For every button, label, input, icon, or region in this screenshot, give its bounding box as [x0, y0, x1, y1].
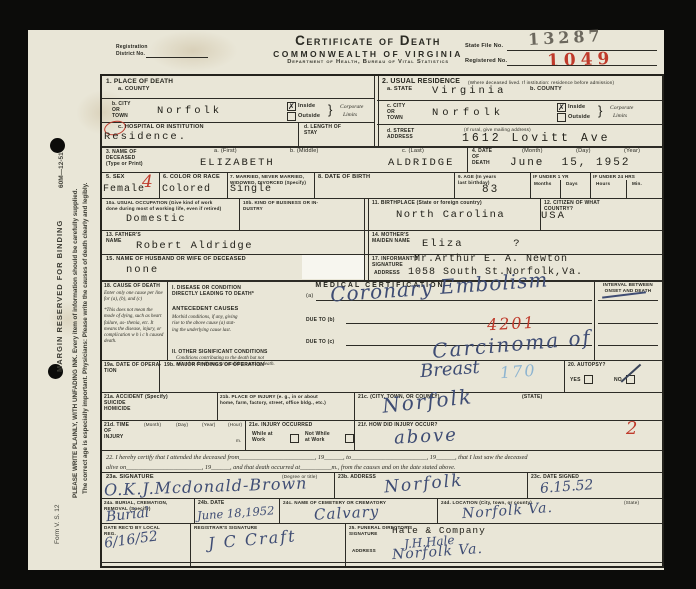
time-of-injury-label: 21d. TIME OF INJURY [104, 422, 129, 440]
divider [190, 523, 191, 566]
registered-blank [507, 65, 657, 66]
month-label: (Month) [522, 148, 543, 155]
divider [102, 472, 662, 473]
date-signed-handwriting: 6.15.52 [540, 477, 594, 497]
divider [279, 498, 280, 523]
due-to-c-label: DUE TO (c) [306, 339, 334, 345]
injury-occurred-label: 21e. INJURY OCCURRED [249, 422, 312, 428]
residence-inside-label: Inside [568, 104, 585, 111]
street-address-value: 1612 Lovitt Ave [462, 132, 611, 145]
county-label: a. COUNTY [118, 86, 150, 93]
scanned-death-certificate: { "colors": {"ink":"#3f4d74","red":"#bf3… [0, 0, 696, 589]
mother-name-value: Eliza ? [422, 238, 522, 250]
residence-outside-checkbox [557, 113, 566, 122]
burial-date-label: 24b. DATE [198, 500, 224, 506]
interval-label: INTERVAL BETWEEN ONSET AND DEATH [597, 282, 659, 293]
divider [564, 360, 565, 392]
residence-county-label: b. COUNTY [530, 86, 562, 93]
date-of-birth-label: 8. DATE OF BIRTH [318, 174, 370, 181]
form-number: Form V. S. 12 [54, 505, 61, 545]
name-of-deceased-label: 3. NAME OF DECEASED (Type or Print) [106, 149, 143, 167]
injury-hour-label: (Hour) [228, 422, 242, 428]
divider [560, 180, 561, 198]
brace-glyph: } [328, 102, 333, 118]
day-label: (Day) [576, 148, 591, 155]
occupation-label: 10a. USUAL OCCUPATION (Give kind of work… [106, 200, 221, 211]
divider [354, 420, 355, 450]
certificate-title: Certificate of Death [258, 33, 478, 49]
divider [102, 498, 662, 499]
divider [314, 172, 315, 198]
accident-suicide-label: 21a. ACCIDENT (Specify) SUICIDE HOMICIDE [104, 394, 168, 412]
registered-label: Registered No. [465, 58, 507, 65]
sex-value: Female [103, 184, 145, 195]
injury-day-label: (Day) [176, 422, 188, 428]
length-of-stay-label: d. LENGTH OF STAY [304, 124, 341, 136]
morbid-note: Morbid conditions, if any, giving rise t… [172, 315, 238, 334]
blue-code-170: 170 [499, 361, 537, 383]
margin-instruction-line1: PLEASE WRITE PLAINLY, WITH UNFADING INK.… [72, 189, 79, 498]
outside-limits-checkbox [287, 112, 296, 121]
major-findings-label: 19b. MAJOR FINDINGS OF OPERATION [164, 362, 264, 368]
antecedent-label: ANTECEDENT CAUSES [172, 306, 239, 313]
divider [467, 146, 468, 172]
divider [374, 76, 379, 146]
injury-m-label: m. [236, 438, 242, 444]
how-injury-handwriting: above [393, 424, 458, 448]
paper-stain [148, 30, 238, 72]
whiteout-patch [302, 255, 364, 279]
registration-label: Registration [116, 44, 148, 50]
divider [102, 420, 662, 421]
occupation-value: Domestic [126, 214, 186, 225]
divider [377, 124, 662, 125]
margin-instruction-line2: The correct age is especially important.… [82, 183, 89, 494]
divider [239, 198, 240, 230]
first-name-label: a. (First) [214, 148, 237, 155]
street-address-label: d. STREET ADDRESS [387, 128, 414, 140]
divider [364, 198, 369, 280]
min-label: Min. [632, 181, 642, 187]
certify-line-2: alive on________________________, 19____… [106, 464, 660, 472]
form-print-code: 60M—12-51 [58, 152, 65, 188]
cause-a-label: (a) [306, 293, 313, 300]
registered-number-stamp: 1049 [547, 49, 615, 72]
father-name-value: Robert Aldridge [136, 240, 253, 252]
not-while-at-work-checkbox [345, 434, 354, 443]
sex-label: 5. SEX [106, 174, 125, 181]
residence-city-label: c. CITY OR TOWN [387, 103, 405, 121]
divider [354, 392, 355, 420]
interval-blank [598, 345, 658, 346]
signature-address-handwriting: Norfolk [383, 471, 464, 498]
mother-name-label: 14. MOTHER'S MAIDEN NAME [372, 232, 410, 244]
citizen-value: USA [541, 210, 566, 222]
divider [102, 230, 662, 231]
age-value: 83 [482, 184, 499, 196]
injury-city-handwriting: Norfolk [381, 384, 474, 417]
divider [102, 254, 662, 255]
divider [454, 172, 455, 198]
city-or-town-label: b. CITY OR TOWN [112, 101, 131, 119]
state-label: a. STATE [387, 86, 412, 93]
spouse-label: 15. NAME OF HUSBAND OR WIFE OF DECEASED [106, 256, 246, 263]
birthplace-value: North Carolina [396, 209, 505, 221]
divider [245, 420, 246, 450]
divider [102, 450, 662, 451]
birthplace-label: 11. BIRTHPLACE (State or foreign country… [372, 200, 482, 206]
days-label: Days [566, 181, 578, 187]
divider [167, 280, 168, 360]
informant-value: Mr.Arthur E. A. Newton [414, 254, 568, 265]
red-mark-4: 4 [142, 172, 153, 192]
hospital-label: c. HOSPITAL OR INSTITUTION [118, 124, 204, 131]
autopsy-label: 20. AUTOPSY? [568, 362, 606, 368]
date-of-operation-label: 19a. DATE OF OPERA- TION [104, 362, 161, 374]
district-no-label: District No. [116, 51, 145, 57]
interval-blank [598, 323, 658, 324]
funeral-address-label: ADDRESS [352, 548, 376, 554]
divider [626, 180, 627, 198]
disease-condition-label: I. DISEASE OR CONDITION DIRECTLY LEADING… [172, 285, 254, 297]
divider [102, 122, 374, 123]
state-file-label: State File No. [465, 43, 503, 50]
inside-label: Inside [298, 103, 315, 110]
brace-glyph: } [598, 103, 603, 119]
last-name-label: c. (Last) [402, 148, 424, 155]
state-file-number-stamp: 13287 [528, 26, 605, 49]
place-of-injury-label: 21b. PLACE OF INJURY (e. g., in or about… [220, 394, 326, 405]
race-value: Colored [162, 184, 211, 195]
divider [345, 523, 346, 566]
business-label: 10b. KIND OF BUSINESS OR IN- DUSTRY [243, 200, 318, 211]
hospital-value: Residence. [104, 131, 187, 143]
place-of-death-label: 1. PLACE OF DEATH [106, 78, 173, 86]
date-of-death-label: 4. DATE OF DEATH [472, 148, 492, 166]
middle-name-label: b. (Middle) [290, 148, 319, 155]
margin-reserved-text: MARGIN RESERVED FOR BINDING [55, 220, 64, 372]
divider [227, 172, 228, 198]
autopsy-yes-checkbox [584, 375, 593, 384]
divider [377, 100, 662, 101]
autopsy-yes-label: YES [570, 377, 581, 383]
divider [102, 523, 662, 524]
divider [527, 472, 528, 498]
divider [298, 122, 299, 146]
under-24hrs-label: IF UNDER 24 HRS [593, 174, 635, 180]
red-mark-2: 2 [626, 418, 637, 439]
last-name-value: ALDRIDGE [388, 157, 454, 169]
year-label: (Year) [624, 148, 640, 155]
residence-limits-label: Limits [613, 113, 627, 120]
commonwealth-subtitle: COMMONWEALTH OF VIRGINIA [258, 49, 478, 59]
punch-hole [50, 138, 65, 153]
state-value: Virginia [432, 85, 506, 97]
divider [102, 198, 662, 199]
corporate-label: Corporate [340, 104, 363, 111]
cause-note-2: *This does not mean the mode of dying, s… [104, 308, 164, 346]
certify-line-1: 22. I hereby certify that I attended the… [106, 454, 660, 462]
certificate-paper: 60M—12-51 MARGIN RESERVED FOR BINDING Fo… [28, 30, 664, 570]
other-conditions-handwriting-2: Breast [419, 357, 480, 382]
due-b-blank [346, 323, 592, 324]
department-subtitle: Department of Health, Bureau of Vital St… [258, 59, 478, 66]
interval-blank [598, 300, 658, 301]
race-label: 6. COLOR OR RACE [163, 174, 220, 181]
marital-value: Single [230, 184, 272, 195]
cemetery-handwriting: Calvary [314, 502, 380, 523]
other-conditions-label: II. OTHER SIGNIFICANT CONDITIONS [172, 349, 268, 355]
divider [437, 498, 438, 523]
burial-date-handwriting: June 18,1952 [197, 503, 275, 522]
inside-limits-checkbox [287, 102, 296, 111]
divider [594, 280, 595, 360]
while-at-work-checkbox [290, 434, 299, 443]
residence-inside-checkbox [557, 103, 566, 112]
informant-address-label: ADDRESS [374, 270, 400, 276]
injury-state-label: (STATE) [522, 394, 542, 400]
burial-state-label: (State) [624, 500, 639, 506]
residence-corporate-label: Corporate [610, 105, 633, 112]
divider [334, 472, 335, 498]
under-1yr-label: IF UNDER 1 YR [533, 174, 569, 180]
date-of-death-value: June 15, 1952 [510, 157, 630, 169]
divider [194, 498, 195, 523]
divider [102, 172, 662, 173]
injury-month-label: (Month) [144, 422, 161, 428]
first-name-value: ELIZABETH [200, 157, 275, 169]
divider [530, 172, 531, 198]
while-at-work-label: While at Work [252, 431, 273, 443]
divider [159, 172, 160, 198]
district-no-blank [146, 57, 208, 58]
cause-note-1: Enter only one cause per line for (a), (… [104, 291, 164, 304]
due-to-b-label: DUE TO (b) [306, 317, 335, 323]
spouse-value: none [126, 264, 159, 276]
city-of-death-value: Norfolk [157, 105, 222, 117]
certificate-form: 1. PLACE OF DEATH a. COUNTY b. CITY OR T… [100, 74, 664, 568]
injury-year-label: (Year) [202, 422, 216, 428]
residence-outside-label: Outside [568, 114, 590, 121]
not-while-at-work-label: Not While at Work [305, 431, 330, 443]
divider [102, 562, 662, 563]
months-label: Months [534, 181, 552, 187]
hours-label: Hours [596, 181, 610, 187]
divider [590, 172, 591, 198]
outside-label: Outside [298, 113, 320, 120]
cause-of-death-label: 18. CAUSE OF DEATH [104, 283, 166, 289]
divider [102, 98, 374, 99]
divider [217, 392, 218, 420]
signature-address-label: 23b. ADDRESS [338, 474, 376, 480]
residence-city-value: Norfolk [432, 107, 504, 119]
divider [102, 360, 662, 361]
limits-label: Limits [343, 112, 357, 119]
